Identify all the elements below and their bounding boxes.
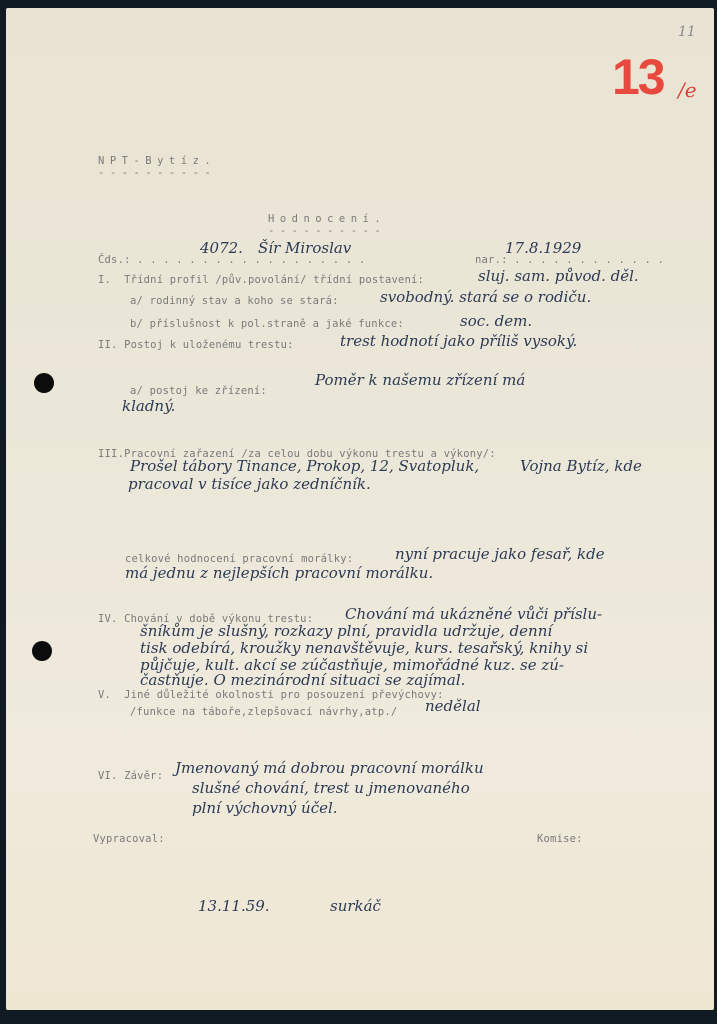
institution-header: NPT-Bytíz. (98, 155, 216, 167)
section-1-answer: sluj. sam. původ. děl. (478, 268, 639, 285)
section-3-answer-line: pracoval v tisíce jako zedníčník. (128, 476, 371, 493)
section-3-answer-line: Prošel tábory Tinance, Prokop, 12, Svato… (130, 458, 479, 475)
signature-date: 13.11.59. (198, 898, 270, 915)
section-5-sublabel: /funkce na táboře,zlepšovací návrhy,atp.… (130, 706, 397, 718)
punch-hole (34, 373, 54, 393)
section-6-answer-line: slušné chování, trest u jmenovaného (192, 780, 470, 797)
section-6-answer-line: Jmenovaný má dobrou pracovní morálku (175, 760, 484, 777)
section-3b-answer-line: nyní pracuje jako fesař, kde (395, 546, 605, 563)
section-6-label: VI. Závěr: (98, 770, 163, 782)
red-stamp-suffix: /e (678, 78, 697, 102)
section-5-answer: nedělal (425, 698, 481, 715)
prisoner-name: Šír Miroslav (258, 240, 351, 257)
section-3-answer-line: Vojna Bytíz, kde (520, 458, 642, 475)
red-stamp-number: 13 (612, 48, 664, 106)
section-4-answer-line: šníkům je slušný, rozkazy plní, pravidla… (140, 623, 552, 640)
section-6-answer-line: plní výchovný účel. (192, 800, 338, 817)
section-5-label: V. Jiné důležité okolnosti pro posouzení… (98, 689, 444, 701)
section-1-label: I. Třídní profil /pův.povolání/ třídní p… (98, 274, 424, 286)
document-title: Hodnocení. (268, 213, 386, 225)
prisoner-number: 4072. (200, 240, 243, 257)
section-2-label: II. Postoj k uloženému trestu: (98, 339, 294, 351)
section-2a-answer-line: kladný. (122, 398, 175, 415)
birth-date: 17.8.1929 (505, 240, 581, 257)
section-4-answer-line: častňuje. O mezinárodní situaci se zajím… (140, 672, 465, 689)
section-1b-label: b/ příslušnost k pol.straně a jaké funkc… (130, 318, 404, 330)
title-underline: ---------- (268, 225, 386, 237)
pencil-page-number: 11 (678, 24, 696, 40)
section-1b-answer: soc. dem. (460, 313, 532, 330)
section-4-answer-line: Chování má ukázněné vůči příslu- (345, 606, 602, 623)
section-1a-label: a/ rodinný stav a koho se stará: (130, 295, 339, 307)
section-2-answer: trest hodnotí jako příliš vysoký. (340, 333, 577, 350)
commission-label: Komise: (537, 833, 583, 845)
punch-hole (32, 641, 52, 661)
signature: surkáč (330, 898, 381, 915)
section-4-answer-line: tisk odebírá, kroužky nenavštěvuje, kurs… (140, 640, 588, 657)
section-1a-answer: svobodný. stará se o rodiču. (380, 289, 591, 306)
section-2a-answer-line: Poměr k našemu zřízení má (315, 372, 525, 389)
section-3b-answer-line: má jednu z nejlepších pracovní morálku. (125, 565, 433, 582)
institution-underline: ---------- (98, 167, 216, 179)
section-2a-label: a/ postoj ke zřízení: (130, 385, 267, 397)
prepared-by-label: Vypracoval: (93, 833, 165, 845)
